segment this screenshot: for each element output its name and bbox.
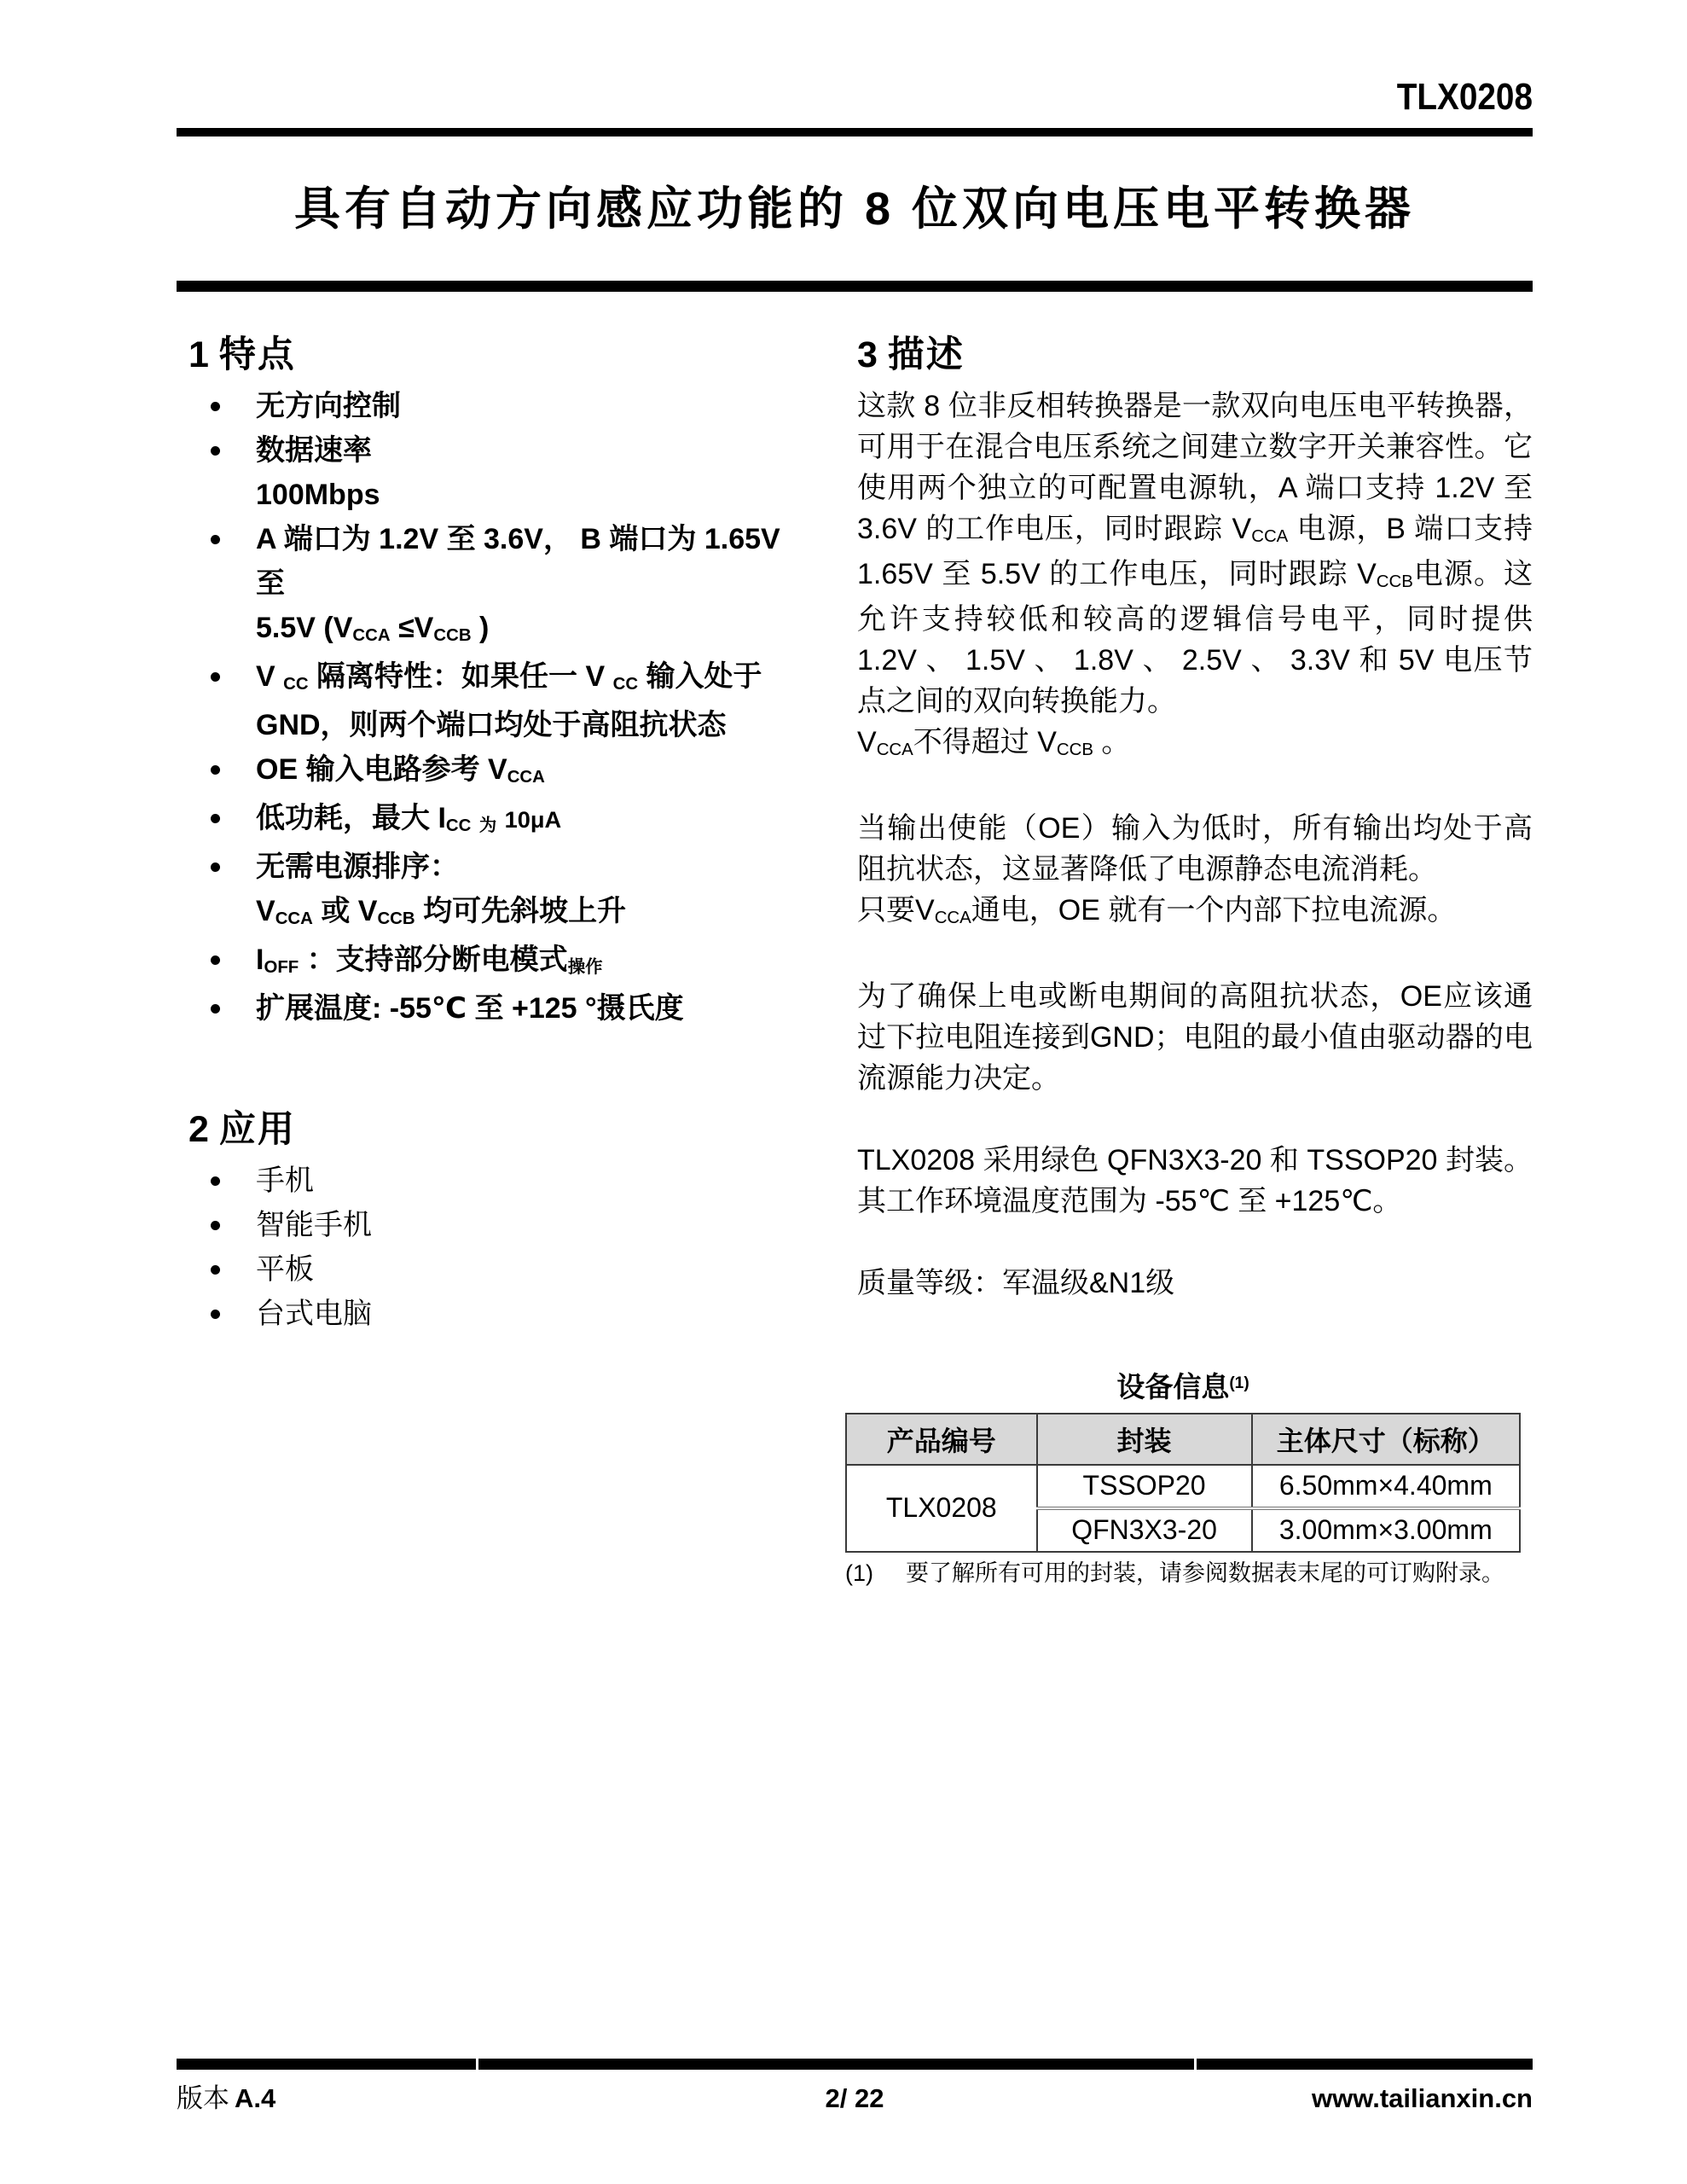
two-column-layout: 1特点 无方向控制 数据速率 100Mbps A 端口为 1.2V 至 3.6V…: [177, 331, 1533, 1589]
description-section-number: 3: [857, 334, 879, 375]
description-paragraph: VCCA不得超过 VCCB 。: [857, 722, 1533, 767]
column-header-body-size: 主体尺寸（标称）: [1252, 1414, 1520, 1465]
footnote-text: 要了解所有可用的封装，请参阅数据表末尾的可订购附录。: [906, 1559, 1504, 1589]
cell-size: 6.50mm×4.40mm: [1252, 1465, 1520, 1508]
applications-section-number: 2: [188, 1109, 211, 1150]
feature-item: 扩展温度: -55℃ 至 +125 °摄氏度: [177, 986, 793, 1031]
page-footer: 版本A.4 2/ 22 www.tailianxin.cn: [177, 2059, 1533, 2115]
column-header-package: 封装: [1037, 1414, 1252, 1465]
applications-section-label: 应用: [219, 1109, 296, 1150]
bullet-icon: [211, 1310, 220, 1319]
feature-line: GND，则两个端口均处于高阻抗状态: [256, 703, 793, 747]
features-list: 无方向控制 数据速率 100Mbps A 端口为 1.2V 至 3.6V， B …: [177, 384, 793, 1031]
cell-package: TSSOP20: [1037, 1465, 1252, 1508]
bullet-icon: [211, 1176, 220, 1186]
footer-rule-segment: [177, 2059, 476, 2070]
feature-item: V CC 隔离特性：如果任一 V CC 输入处于 GND，则两个端口均处于高阻抗…: [177, 654, 793, 747]
feature-line: 无需电源排序：: [256, 845, 793, 889]
feature-item: IOFF ：支持部分断电模式操作: [177, 938, 793, 986]
feature-item: 低功耗，最大 ICC 为 10μA: [177, 796, 793, 845]
description-paragraph-group: 当输出使能（OE）输入为低时，所有输出均处于高阻抗状态，这显著降低了电源静态电流…: [857, 808, 1533, 935]
description-paragraph: TLX0208 采用绿色 QFN3X3-20 和 TSSOP20 封装。其工作环…: [857, 1140, 1533, 1222]
application-label: 智能手机: [256, 1203, 793, 1247]
application-item: 智能手机: [177, 1203, 793, 1247]
left-column: 1特点 无方向控制 数据速率 100Mbps A 端口为 1.2V 至 3.6V…: [177, 331, 793, 1589]
header-rule: [177, 128, 1533, 136]
application-label: 平板: [256, 1247, 793, 1292]
description-paragraph-group: TLX0208 采用绿色 QFN3X3-20 和 TSSOP20 封装。其工作环…: [857, 1140, 1533, 1222]
feature-line: V CC 隔离特性：如果任一 V CC 输入处于: [256, 654, 793, 703]
applications-list: 手机 智能手机 平板 台式电脑: [177, 1159, 793, 1336]
footer-version: 版本A.4: [177, 2077, 629, 2115]
feature-line: VCCA 或 VCCB 均可先斜坡上升: [256, 889, 793, 938]
description-paragraph: 为了确保上电或断电期间的高阻抗状态，OE应该通过下拉电阻连接到GND；电阻的最小…: [857, 976, 1533, 1099]
applications-heading: 2应用: [188, 1106, 793, 1153]
device-info-table: 产品编号 封装 主体尺寸（标称） TLX0208 TSSOP20 6.50mm×…: [845, 1413, 1521, 1553]
feature-line: A 端口为 1.2V 至 3.6V， B 端口为 1.65V 至: [256, 517, 793, 606]
datasheet-page: TLX0208 具有自动方向感应功能的 8 位双向电压电平转换器 1特点 无方向…: [177, 0, 1533, 1589]
footer-rule-segment: [478, 2059, 1195, 2070]
feature-line: IOFF ：支持部分断电模式操作: [256, 938, 793, 986]
title-rule: [177, 281, 1533, 292]
application-item: 手机: [177, 1159, 793, 1203]
table-row: TLX0208 TSSOP20 6.50mm×4.40mm: [846, 1465, 1520, 1508]
application-label: 台式电脑: [256, 1292, 793, 1336]
application-item: 台式电脑: [177, 1292, 793, 1336]
features-section-number: 1: [188, 334, 211, 375]
device-info-title: 设备信息(1): [845, 1370, 1521, 1404]
bullet-icon: [211, 1265, 220, 1275]
footer-rule-segment: [1197, 2059, 1533, 2070]
feature-line: 扩展温度: -55℃ 至 +125 °摄氏度: [256, 986, 793, 1031]
description-body: 这款 8 位非反相转换器是一款双向电压电平转换器，可用于在混合电压系统之间建立数…: [857, 386, 1533, 1304]
feature-line: 5.5V (VCCA ≤VCCB ): [256, 606, 793, 654]
description-paragraph: 当输出使能（OE）输入为低时，所有输出均处于高阻抗状态，这显著降低了电源静态电流…: [857, 808, 1533, 890]
footer-rule: [177, 2059, 1533, 2070]
bullet-icon: [211, 814, 220, 823]
part-number-text: TLX0208: [1397, 78, 1533, 116]
feature-line: 低功耗，最大 ICC 为 10μA: [256, 796, 793, 845]
footnote-marker: (1): [845, 1559, 906, 1589]
footer-website: www.tailianxin.cn: [1081, 2083, 1533, 2114]
feature-line: 100Mbps: [256, 473, 793, 517]
description-paragraph-group: 这款 8 位非反相转换器是一款双向电压电平转换器，可用于在混合电压系统之间建立数…: [857, 386, 1533, 767]
feature-item: A 端口为 1.2V 至 3.6V， B 端口为 1.65V 至 5.5V (V…: [177, 517, 793, 654]
features-section-label: 特点: [219, 334, 296, 375]
bullet-icon: [211, 863, 220, 872]
description-heading: 3描述: [857, 331, 1533, 379]
device-info-section: 设备信息(1) 产品编号 封装 主体尺寸（标称）: [845, 1370, 1521, 1589]
description-paragraph-group: 质量等级：军温级&N1级: [857, 1263, 1533, 1304]
feature-item: 数据速率 100Mbps: [177, 428, 793, 517]
application-label: 手机: [256, 1159, 793, 1203]
document-title: 具有自动方向感应功能的 8 位双向电压电平转换器: [177, 184, 1533, 235]
part-number: TLX0208: [177, 0, 1533, 116]
bullet-icon: [211, 672, 220, 682]
description-section-label: 描述: [888, 334, 965, 375]
bullet-icon: [211, 955, 220, 965]
bullet-icon: [211, 1004, 220, 1014]
bullet-icon: [211, 535, 220, 544]
description-paragraph: 质量等级：军温级&N1级: [857, 1263, 1533, 1304]
features-heading: 1特点: [188, 331, 793, 379]
cell-part-number: TLX0208: [846, 1465, 1037, 1552]
footer-row: 版本A.4 2/ 22 www.tailianxin.cn: [177, 2077, 1533, 2115]
footer-page-indicator: 2/ 22: [629, 2083, 1081, 2114]
feature-item: 无需电源排序： VCCA 或 VCCB 均可先斜坡上升: [177, 845, 793, 938]
right-column: 3描述 这款 8 位非反相转换器是一款双向电压电平转换器，可用于在混合电压系统之…: [857, 331, 1533, 1589]
feature-line: OE 输入电路参考 VCCA: [256, 747, 793, 796]
bullet-icon: [211, 765, 220, 775]
column-header-part-number: 产品编号: [846, 1414, 1037, 1465]
cell-size: 3.00mm×3.00mm: [1252, 1508, 1520, 1552]
feature-line: 数据速率: [256, 428, 793, 473]
bullet-icon: [211, 402, 220, 411]
table-footnote: (1) 要了解所有可用的封装，请参阅数据表末尾的可订购附录。: [845, 1559, 1521, 1589]
application-item: 平板: [177, 1247, 793, 1292]
version-value: A.4: [235, 2083, 275, 2113]
table-header-row: 产品编号 封装 主体尺寸（标称）: [846, 1414, 1520, 1465]
description-paragraph: 这款 8 位非反相转换器是一款双向电压电平转换器，可用于在混合电压系统之间建立数…: [857, 386, 1533, 722]
feature-item: OE 输入电路参考 VCCA: [177, 747, 793, 796]
version-label: 版本: [177, 2083, 229, 2113]
feature-line: 无方向控制: [256, 384, 793, 428]
bullet-icon: [211, 446, 220, 456]
feature-item: 无方向控制: [177, 384, 793, 428]
cell-package: QFN3X3-20: [1037, 1508, 1252, 1552]
description-paragraph-group: 为了确保上电或断电期间的高阻抗状态，OE应该通过下拉电阻连接到GND；电阻的最小…: [857, 976, 1533, 1099]
bullet-icon: [211, 1221, 220, 1230]
description-paragraph: 只要VCCA通电，OE 就有一个内部下拉电流源。: [857, 890, 1533, 935]
